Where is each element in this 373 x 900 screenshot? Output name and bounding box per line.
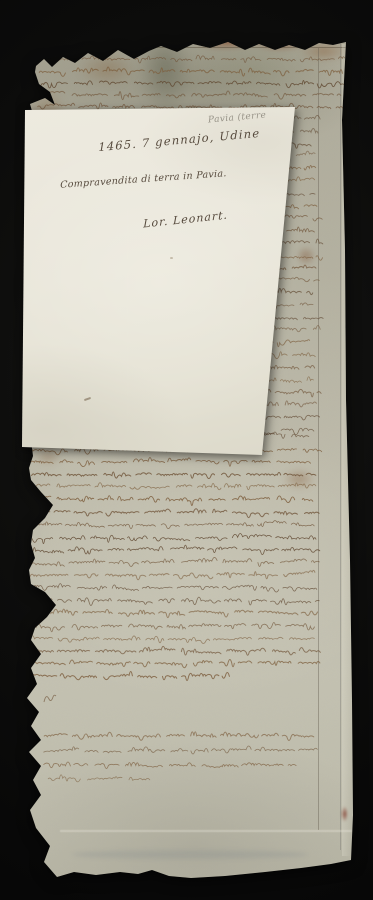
photo-canvas: Pavia (terre 1465. 7 gennajo, Udine Comp… [0, 0, 373, 900]
parchment-shadow-wrap [0, 0, 373, 900]
pen-mark [44, 695, 56, 702]
script-block-opening-lines [37, 55, 344, 111]
script-block-main-body [28, 432, 322, 680]
script-block-body-behind-note [36, 115, 324, 435]
parchment-deed [0, 0, 373, 900]
manuscript-script [0, 0, 373, 900]
script-block-notarial-subscription [44, 732, 318, 782]
